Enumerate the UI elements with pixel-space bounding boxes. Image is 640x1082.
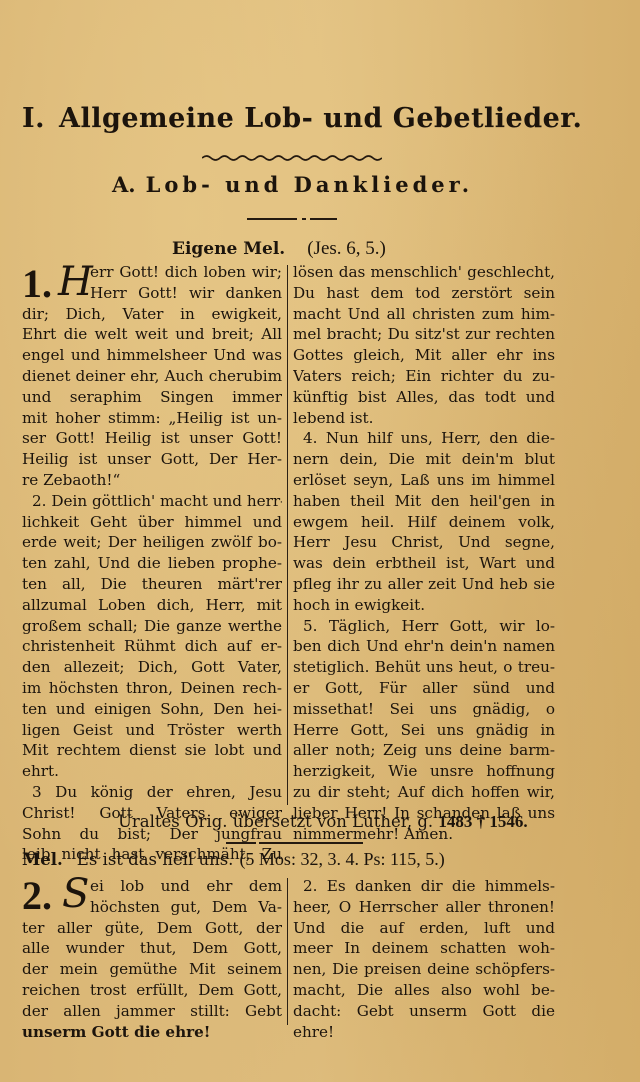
text-line: mit hoher stimm: „Heilig ist un- <box>22 408 282 429</box>
text-line: herzigkeit, Wie unsre hoffnung <box>293 761 555 782</box>
text-line: ei lob und ehr dem <box>22 876 282 897</box>
text-line: re Zebaoth!“ <box>22 470 282 491</box>
text-line: ten und einigen Sohn, Den hei- <box>22 699 282 720</box>
section-heading: A.Lob- und Danklieder. <box>112 172 512 197</box>
text-line: er Gott, Für aller sünd und <box>293 678 555 699</box>
text-line: mel bracht; Du sitz'st zur rechten <box>293 324 555 345</box>
text-line: künftig bist Alles, das todt und <box>293 387 555 408</box>
text-line: lichkeit Geht über himmel und <box>22 512 282 533</box>
column-separator <box>287 265 288 805</box>
chapter-number: I. <box>22 103 45 134</box>
text-line: dienet deiner ehr, Auch cherubim <box>22 366 282 387</box>
refrain-line: unserm Gott die ehre! <box>22 1022 282 1043</box>
text-line: macht Und all christen zum him- <box>293 304 555 325</box>
text-line: erde weit; Der heiligen zwölf bo- <box>22 532 282 553</box>
text-line: err Gott! dich loben wir; <box>22 262 282 283</box>
text-line: Herr Jesu Christ, Und segne, <box>293 532 555 553</box>
melody-label: Mel. <box>22 850 63 869</box>
chapter-heading: I.Allgemeine Lob- und Gebetlieder. <box>22 103 562 134</box>
text-line: im höchsten thron, Deinen rech- <box>22 678 282 699</box>
hymn1-attribution: Uraltes Orig. übersetzt von Luther, g. 1… <box>118 812 528 832</box>
text-line: Vaters reich; Ein richter du zu- <box>293 366 555 387</box>
text-line: ten zahl, Und die lieben prophe- <box>22 553 282 574</box>
chapter-title: Allgemeine Lob- und Gebetlieder. <box>59 103 582 134</box>
verse-start: 5. Täglich, Herr Gott, wir lo- <box>293 616 555 637</box>
wavy-ornament-rule <box>202 153 382 163</box>
section-letter: A. <box>112 172 136 197</box>
text-line: ben dich Und ehr'n dein'n namen <box>293 636 555 657</box>
attribution-years: 1483 † 1546. <box>438 812 527 831</box>
text-line: missethat! Sei uns gnädig, o <box>293 699 555 720</box>
verse-start: 2. Dein göttlich' macht und herr- <box>22 491 282 512</box>
text-line: allzumal Loben dich, Herr, mit <box>22 595 282 616</box>
text-line: ehre! <box>293 1022 555 1043</box>
text-line: meer In deinem schatten woh- <box>293 938 555 959</box>
text-line: nen, Die preisen deine schöpfers- <box>293 959 555 980</box>
text-line: ewgem heil. Hilf deinem volk, <box>293 512 555 533</box>
text-line: was dein erbtheil ist, Wart und <box>293 553 555 574</box>
text-line: Gottes gleich, Mit aller ehr ins <box>293 345 555 366</box>
verse-start: 2. Es danken dir die himmels- <box>293 876 555 897</box>
section-title: Lob- und Danklieder. <box>146 172 473 197</box>
column-separator <box>287 878 288 1025</box>
text-line: dacht: Gebt unserm Gott die <box>293 1001 555 1022</box>
text-line: der mein gemüthe Mit seinem <box>22 959 282 980</box>
text-line: der allen jammer stillt: Gebt <box>22 1001 282 1022</box>
scripture-reference: (5 Mos: 32, 3. 4. Ps: 115, 5.) <box>239 849 444 869</box>
text-line: höchsten gut, Dem Va- <box>22 897 282 918</box>
text-line: großem schall; Die ganze werthe <box>22 616 282 637</box>
text-line: engel und himmelsheer Und was <box>22 345 282 366</box>
text-line: ehrt. <box>22 761 282 782</box>
text-line: Herr Gott! wir danken <box>22 283 282 304</box>
text-line: ser Gott! Heilig ist unser Gott! <box>22 428 282 449</box>
text-line: Und die auf erden, luft und <box>293 918 555 939</box>
text-line: lebend ist. <box>293 408 555 429</box>
hymn2-right-column: 2. Es danken dir die himmels- heer, O He… <box>293 876 555 1042</box>
text-line: und seraphim Singen immer <box>22 387 282 408</box>
text-line: Ehrt die welt weit und breit; All <box>22 324 282 345</box>
divider-rule <box>226 842 363 844</box>
hymn2-melody-line: Mel.Es ist das heil uns.(5 Mos: 32, 3. 4… <box>22 849 445 870</box>
text-line: aller noth; Zeig uns deine barm- <box>293 740 555 761</box>
text-line: ter aller güte, Dem Gott, der <box>22 918 282 939</box>
text-line: lösen das menschlich' geschlecht, <box>293 262 555 283</box>
text-line: haben theil Mit den heil'gen in <box>293 491 555 512</box>
text-line: ten all, Die theuren märt'rer <box>22 574 282 595</box>
verse-start: 3 Du könig der ehren, Jesu <box>22 782 282 803</box>
text-line: den allezeit; Dich, Gott Vater, <box>22 657 282 678</box>
text-line: erlöset seyn, Laß uns im himmel <box>293 470 555 491</box>
text-line: pfleg ihr zu aller zeit Und heb sie <box>293 574 555 595</box>
hymn1-melody-line: Eigene Mel.(Jes. 6, 5.) <box>172 238 386 260</box>
text-line: christenheit Rühmt dich auf er- <box>22 636 282 657</box>
verse-start: 4. Nun hilf uns, Herr, den die- <box>293 428 555 449</box>
hymn1-left-column: err Gott! dich loben wir; Herr Gott! wir… <box>22 262 282 865</box>
melody-label: Eigene Mel. <box>172 239 285 259</box>
melody-name: Es ist das heil uns. <box>77 850 234 869</box>
text-line: reichen trost erfüllt, Dem Gott, <box>22 980 282 1001</box>
text-line: alle wunder thut, Dem Gott, <box>22 938 282 959</box>
text-line: dir; Dich, Vater in ewigkeit, <box>22 304 282 325</box>
text-line: Herre Gott, Sei uns gnädig in <box>293 720 555 741</box>
text-line: Du hast dem tod zerstört sein <box>293 283 555 304</box>
text-line: Mit rechtem dienst sie lobt und <box>22 740 282 761</box>
scripture-reference: (Jes. 6, 5.) <box>307 238 386 259</box>
text-line: zu dir steht; Auf dich hoffen wir, <box>293 782 555 803</box>
divider-rule <box>247 218 337 221</box>
hymn1-right-column: lösen das menschlich' geschlecht, Du has… <box>293 262 555 844</box>
attribution-text: Uraltes Orig. übersetzt von Luther, g. <box>118 812 433 831</box>
text-line: macht, Die alles also wohl be- <box>293 980 555 1001</box>
text-line: hoch in ewigkeit. <box>293 595 555 616</box>
text-line: heer, O Herrscher aller thronen! <box>293 897 555 918</box>
text-line: nern dein, Die mit dein'm blut <box>293 449 555 470</box>
hymn2-left-column: ei lob und ehr dem höchsten gut, Dem Va-… <box>22 876 282 1042</box>
hymnal-page: I.Allgemeine Lob- und Gebetlieder. A.Lob… <box>0 0 640 1082</box>
text-line: stetiglich. Behüt uns heut, o treu- <box>293 657 555 678</box>
text-line: ligen Geist und Tröster werth <box>22 720 282 741</box>
text-line: Heilig ist unser Gott, Der Her- <box>22 449 282 470</box>
